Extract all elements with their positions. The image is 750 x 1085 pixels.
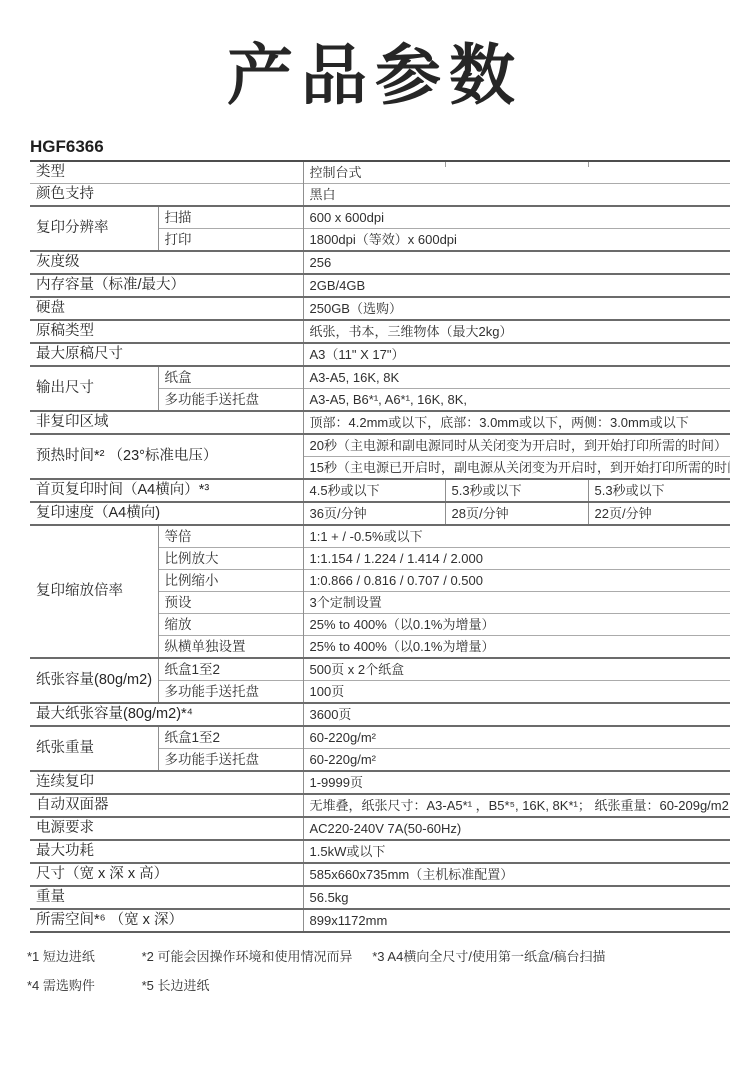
spec-value: 100页: [303, 680, 730, 703]
table-row: 所需空间*⁶ （宽 x 深） 899x1172mm: [30, 909, 730, 932]
table-row: 自动双面器 无堆叠，纸张尺寸：A3-A5*¹ ，B5*⁵, 16K, 8K*¹；…: [30, 794, 730, 817]
spec-label: 首页复印时间（A4横向）*³: [30, 479, 303, 502]
model-number: HGF6366: [30, 137, 750, 157]
spec-label: 重量: [30, 886, 303, 909]
spec-sublabel: 等倍: [158, 525, 303, 548]
table-row: 类型 控制台式: [30, 161, 730, 184]
spec-value: 60-220g/m²: [303, 748, 730, 771]
product-spec-page: 产品参数 HGF6366 类型 控制台式 颜色支持 黑白 复印分辨率: [0, 34, 750, 994]
spec-value: 控制台式: [303, 161, 730, 184]
spec-label: 自动双面器: [30, 794, 303, 817]
spec-label: 颜色支持: [30, 183, 303, 206]
spec-value: 1.5kW或以下: [303, 840, 730, 863]
table-row: 非复印区域 顶部：4.2mm或以下，底部：3.0mm或以下，两侧：3.0mm或以…: [30, 411, 730, 434]
footnote: *5 长边进纸: [142, 975, 210, 994]
page-title: 产品参数: [0, 34, 750, 117]
spec-value: 250GB（选购）: [303, 297, 730, 320]
table-row: 最大功耗 1.5kW或以下: [30, 840, 730, 863]
spec-label: 纸张容量(80g/m2): [30, 658, 158, 703]
spec-value: 3600页: [303, 703, 730, 726]
spec-label: 原稿类型: [30, 320, 303, 343]
spec-sublabel: 预设: [158, 591, 303, 613]
table-row: 输出尺寸 纸盒 A3-A5, 16K, 8K: [30, 366, 730, 389]
spec-sublabel: 纸盒1至2: [158, 726, 303, 749]
spec-value: A3-A5, 16K, 8K: [303, 366, 730, 389]
spec-label: 硬盘: [30, 297, 303, 320]
footnote: *1 短边进纸: [27, 946, 138, 965]
table-row: 预热时间*² （23°标准电压） 20秒（主电源和副电源同时从关闭变为开启时，到…: [30, 434, 730, 457]
spec-value: 60-220g/m²: [303, 726, 730, 749]
spec-value: 585x660x735mm（主机标准配置）: [303, 863, 730, 886]
table-row: 硬盘 250GB（选购）: [30, 297, 730, 320]
footnote-line: *1 短边进纸 *2 可能会因操作环境和使用情况而异 *3 A4横向全尺寸/使用…: [27, 946, 750, 965]
table-row: 灰度级 256: [30, 251, 730, 274]
spec-label: 灰度级: [30, 251, 303, 274]
spec-label: 最大纸张容量(80g/m2)*⁴: [30, 703, 303, 726]
spec-value: 黑白: [303, 183, 730, 206]
spec-value: 25% to 400%（以0.1%为增量）: [303, 613, 730, 635]
spec-value: 5.3秒或以下: [588, 479, 730, 502]
footnotes: *1 短边进纸 *2 可能会因操作环境和使用情况而异 *3 A4横向全尺寸/使用…: [27, 946, 750, 994]
table-row: 连续复印 1-9999页: [30, 771, 730, 794]
spec-label: 最大原稿尺寸: [30, 343, 303, 366]
spec-sublabel: 纸盒1至2: [158, 658, 303, 681]
spec-sublabel: 多功能手送托盘: [158, 748, 303, 771]
spec-label: 连续复印: [30, 771, 303, 794]
spec-value: 899x1172mm: [303, 909, 730, 932]
footnote: *3 A4横向全尺寸/使用第一纸盒/稿台扫描: [372, 946, 605, 965]
spec-value: 500页 x 2个纸盒: [303, 658, 730, 681]
spec-value: AC220-240V 7A(50-60Hz): [303, 817, 730, 840]
table-row: 最大原稿尺寸 A3（11" X 17"）: [30, 343, 730, 366]
footnote: *4 需选购件: [27, 975, 138, 994]
spec-label: 复印分辨率: [30, 206, 158, 251]
spec-value: 25% to 400%（以0.1%为增量）: [303, 635, 730, 658]
spec-sublabel: 打印: [158, 228, 303, 251]
spec-value: 20秒（主电源和副电源同时从关闭变为开启时，到开始打印所需的时间）: [303, 434, 730, 457]
spec-value: 顶部：4.2mm或以下，底部：3.0mm或以下，两侧：3.0mm或以下: [303, 411, 730, 434]
top-border-tick: [588, 162, 589, 167]
spec-value: 1:1.154 / 1.224 / 1.414 / 2.000: [303, 547, 730, 569]
spec-label: 类型: [30, 161, 303, 184]
spec-sublabel: 多功能手送托盘: [158, 680, 303, 703]
spec-sublabel: 比例放大: [158, 547, 303, 569]
footnote: *2 可能会因操作环境和使用情况而异: [142, 946, 369, 965]
spec-label: 内存容量（标准/最大）: [30, 274, 303, 297]
table-row: 纸张容量(80g/m2) 纸盒1至2 500页 x 2个纸盒: [30, 658, 730, 681]
table-row: 纸张重量 纸盒1至2 60-220g/m²: [30, 726, 730, 749]
spec-sublabel: 比例缩小: [158, 569, 303, 591]
spec-value: 3个定制设置: [303, 591, 730, 613]
footnote-line: *4 需选购件 *5 长边进纸: [27, 975, 750, 994]
spec-label: 纸张重量: [30, 726, 158, 771]
spec-label: 最大功耗: [30, 840, 303, 863]
spec-value: 256: [303, 251, 730, 274]
table-row: 颜色支持 黑白: [30, 183, 730, 206]
spec-sublabel: 多功能手送托盘: [158, 388, 303, 411]
spec-value: 36页/分钟: [303, 502, 445, 525]
table-row: 尺寸（宽 x 深 x 高） 585x660x735mm（主机标准配置）: [30, 863, 730, 886]
table-row: 内存容量（标准/最大） 2GB/4GB: [30, 274, 730, 297]
spec-value: 1-9999页: [303, 771, 730, 794]
spec-sublabel: 缩放: [158, 613, 303, 635]
spec-value: 1:1 + / -0.5%或以下: [303, 525, 730, 548]
table-row: 复印缩放倍率 等倍 1:1 + / -0.5%或以下: [30, 525, 730, 548]
spec-label: 非复印区域: [30, 411, 303, 434]
spec-value: 28页/分钟: [445, 502, 588, 525]
spec-label: 复印速度（A4横向): [30, 502, 303, 525]
spec-table-wrap: 类型 控制台式 颜色支持 黑白 复印分辨率 扫描 600 x 600dpi 打印…: [30, 160, 730, 933]
spec-table: 类型 控制台式 颜色支持 黑白 复印分辨率 扫描 600 x 600dpi 打印…: [30, 160, 730, 933]
spec-value: 600 x 600dpi: [303, 206, 730, 229]
table-row: 原稿类型 纸张，书本，三维物体（最大2kg）: [30, 320, 730, 343]
spec-value: 4.5秒或以下: [303, 479, 445, 502]
table-row: 复印速度（A4横向) 36页/分钟 28页/分钟 22页/分钟: [30, 502, 730, 525]
spec-value: 1800dpi（等效）x 600dpi: [303, 228, 730, 251]
table-row: 重量 56.5kg: [30, 886, 730, 909]
spec-value: 22页/分钟: [588, 502, 730, 525]
spec-label: 电源要求: [30, 817, 303, 840]
top-border-tick: [445, 162, 446, 167]
spec-sublabel: 纸盒: [158, 366, 303, 389]
table-row: 最大纸张容量(80g/m2)*⁴ 3600页: [30, 703, 730, 726]
spec-value: A3-A5, B6*¹, A6*¹, 16K, 8K,: [303, 388, 730, 411]
spec-value: 2GB/4GB: [303, 274, 730, 297]
spec-label: 复印缩放倍率: [30, 525, 158, 658]
spec-sublabel: 扫描: [158, 206, 303, 229]
spec-label: 所需空间*⁶ （宽 x 深）: [30, 909, 303, 932]
spec-value: 无堆叠，纸张尺寸：A3-A5*¹ ，B5*⁵, 16K, 8K*¹； 纸张重量：…: [303, 794, 730, 817]
spec-label: 尺寸（宽 x 深 x 高）: [30, 863, 303, 886]
table-row: 电源要求 AC220-240V 7A(50-60Hz): [30, 817, 730, 840]
table-row: 复印分辨率 扫描 600 x 600dpi: [30, 206, 730, 229]
spec-value: 5.3秒或以下: [445, 479, 588, 502]
spec-value: 纸张，书本，三维物体（最大2kg）: [303, 320, 730, 343]
spec-value: A3（11" X 17"）: [303, 343, 730, 366]
table-row: 首页复印时间（A4横向）*³ 4.5秒或以下 5.3秒或以下 5.3秒或以下: [30, 479, 730, 502]
spec-value: 15秒（主电源已开启时，副电源从关闭变为开启时，到开始打印所需的时间）: [303, 456, 730, 479]
spec-label: 输出尺寸: [30, 366, 158, 411]
spec-value: 56.5kg: [303, 886, 730, 909]
spec-value: 1:0.866 / 0.816 / 0.707 / 0.500: [303, 569, 730, 591]
spec-sublabel: 纵横单独设置: [158, 635, 303, 658]
spec-label: 预热时间*² （23°标准电压）: [30, 434, 303, 479]
